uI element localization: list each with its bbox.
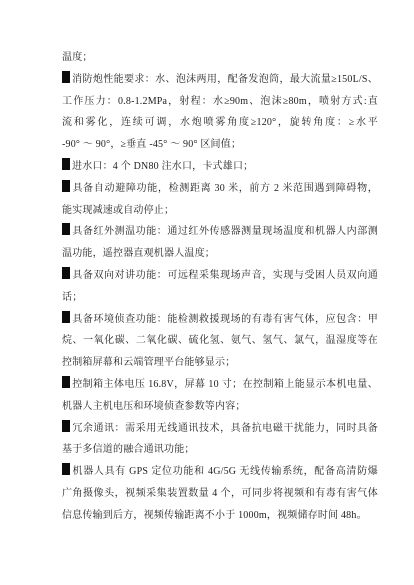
paragraph: 消防炮性能要求：水、泡沫两用，配备发泡筒，最大流量≥150L/S、工作压力：0.… xyxy=(62,69,378,156)
text-line: 具备环境侦查功能：能检测救援现场的有毒有害气体，应包含：甲 xyxy=(62,309,378,331)
text-line: 流和雾化，连续可调，水炮喷雾角度≥120°，旋转角度：≥水平 xyxy=(62,112,378,134)
text-line: 能实现减速或自动停止； xyxy=(62,200,378,222)
document-page: 温度；消防炮性能要求：水、泡沫两用，配备发泡筒，最大流量≥150L/S、工作压力… xyxy=(0,0,414,585)
text-line: 温功能，遥控器直观机器人温度； xyxy=(62,243,378,265)
text-line: 控制箱屏幕和云端管理平台能够显示； xyxy=(62,352,378,374)
paragraph: 具备环境侦查功能：能检测救援现场的有毒有害气体，应包含：甲烷、一氧化碳、二氧化碳… xyxy=(62,309,378,374)
bullet-square-icon xyxy=(62,223,70,235)
text-line-content: 温功能，遥控器直观机器人温度； xyxy=(62,248,215,259)
text-line: 信息传输到后方，视频传输距离不小于 1000m，视频储存时间 48h。 xyxy=(62,505,378,527)
text-line-content: 进水口：4 个 DN80 注水口，卡式雄口； xyxy=(72,161,253,172)
paragraph: 冗余通讯：需采用无线通讯技术，具备抗电磁干扰能力，同时具备基于多信道的融合通讯功… xyxy=(62,418,378,462)
text-line: 话； xyxy=(62,287,378,309)
text-line-content: 能实现减速或自动停止； xyxy=(62,205,174,216)
text-line-content: 消防炮性能要求：水、泡沫两用，配备发泡筒，最大流量≥150L/S、 xyxy=(72,74,378,85)
text-line: 冗余通讯：需采用无线通讯技术，具备抗电磁干扰能力，同时具备 xyxy=(62,418,378,440)
document-text-block: 温度；消防炮性能要求：水、泡沫两用，配备发泡筒，最大流量≥150L/S、工作压力… xyxy=(62,47,378,527)
text-line-content: 温度； xyxy=(62,52,93,63)
paragraph: 具备双向对讲功能：可远程采集现场声音，实现与受困人员双向通话； xyxy=(62,265,378,309)
text-line-content: 工作压力：0.8-1.2MPa，射程：水≥90m、泡沫≥80m，喷射方式:直 xyxy=(62,96,378,107)
bullet-square-icon xyxy=(62,463,70,475)
text-line-content: -90° ～ 90°，≥垂直 -45° ～ 90° 区间值； xyxy=(62,139,241,150)
paragraph: 控制箱主体电压 16.8V，屏幕 10 寸；在控制箱上能显示本机电量、机器人主机… xyxy=(62,374,378,418)
text-line-content: 机器人主机电压和环境侦查参数等内容； xyxy=(62,401,246,412)
bullet-square-icon xyxy=(62,180,70,192)
text-line-content: 信息传输到后方，视频传输距离不小于 1000m，视频储存时间 48h。 xyxy=(62,510,367,521)
bullet-square-icon xyxy=(62,311,70,323)
bullet-square-icon xyxy=(62,158,70,170)
text-line: 工作压力：0.8-1.2MPa，射程：水≥90m、泡沫≥80m，喷射方式:直 xyxy=(62,91,378,113)
text-line: 机器人具有 GPS 定位功能和 4G/5G 无线传输系统，配备高清防爆 xyxy=(62,461,378,483)
text-line: 进水口：4 个 DN80 注水口，卡式雄口； xyxy=(62,156,378,178)
text-line-content: 基于多信道的融合通讯功能； xyxy=(62,444,195,455)
bullet-square-icon xyxy=(62,267,70,279)
bullet-square-icon xyxy=(62,376,70,388)
text-line: 具备双向对讲功能：可远程采集现场声音，实现与受困人员双向通 xyxy=(62,265,378,287)
text-line: 消防炮性能要求：水、泡沫两用，配备发泡筒，最大流量≥150L/S、 xyxy=(62,69,378,91)
text-line: 烷、一氧化碳、二氧化碳、硫化氢、氨气、氢气、氯气，温湿度等在 xyxy=(62,330,378,352)
bullet-square-icon xyxy=(62,420,70,432)
text-line-content: 冗余通讯：需采用无线通讯技术，具备抗电磁干扰能力，同时具备 xyxy=(72,423,378,434)
text-line: 广角摄像头，视频采集装置数量 4 个，可同步将视频和有毒有害气体 xyxy=(62,483,378,505)
paragraph: 温度； xyxy=(62,47,378,69)
text-line-content: 话； xyxy=(62,292,82,303)
text-line: 控制箱主体电压 16.8V，屏幕 10 寸；在控制箱上能显示本机电量、 xyxy=(62,374,378,396)
paragraph: 具备自动避障功能，检测距离 30 米，前方 2 米范围遇到障碍物，能实现减速或自… xyxy=(62,178,378,222)
paragraph: 机器人具有 GPS 定位功能和 4G/5G 无线传输系统，配备高清防爆广角摄像头… xyxy=(62,461,378,526)
text-line: 基于多信道的融合通讯功能； xyxy=(62,439,378,461)
text-line: -90° ～ 90°，≥垂直 -45° ～ 90° 区间值； xyxy=(62,134,378,156)
text-line-content: 具备红外测温功能：通过红外传感器测量现场温度和机器人内部测 xyxy=(72,226,378,237)
text-line-content: 具备环境侦查功能：能检测救援现场的有毒有害气体，应包含：甲 xyxy=(72,314,378,325)
text-line: 机器人主机电压和环境侦查参数等内容； xyxy=(62,396,378,418)
text-line: 温度； xyxy=(62,47,378,69)
text-line-content: 具备双向对讲功能：可远程采集现场声音，实现与受困人员双向通 xyxy=(72,270,378,281)
paragraph: 进水口：4 个 DN80 注水口，卡式雄口； xyxy=(62,156,378,178)
text-line-content: 流和雾化，连续可调，水炮喷雾角度≥120°，旋转角度：≥水平 xyxy=(62,117,378,128)
text-line-content: 机器人具有 GPS 定位功能和 4G/5G 无线传输系统，配备高清防爆 xyxy=(72,466,378,477)
text-line-content: 具备自动避障功能，检测距离 30 米，前方 2 米范围遇到障碍物， xyxy=(72,183,378,194)
text-line-content: 控制箱屏幕和云端管理平台能够显示； xyxy=(62,357,235,368)
text-line: 具备红外测温功能：通过红外传感器测量现场温度和机器人内部测 xyxy=(62,221,378,243)
text-line: 具备自动避障功能，检测距离 30 米，前方 2 米范围遇到障碍物， xyxy=(62,178,378,200)
paragraph: 具备红外测温功能：通过红外传感器测量现场温度和机器人内部测温功能，遥控器直观机器… xyxy=(62,221,378,265)
text-line-content: 控制箱主体电压 16.8V，屏幕 10 寸；在控制箱上能显示本机电量、 xyxy=(72,379,378,390)
text-line-content: 广角摄像头，视频采集装置数量 4 个，可同步将视频和有毒有害气体 xyxy=(62,488,378,499)
text-line-content: 烷、一氧化碳、二氧化碳、硫化氢、氨气、氢气、氯气，温湿度等在 xyxy=(62,335,378,346)
bullet-square-icon xyxy=(62,71,70,83)
